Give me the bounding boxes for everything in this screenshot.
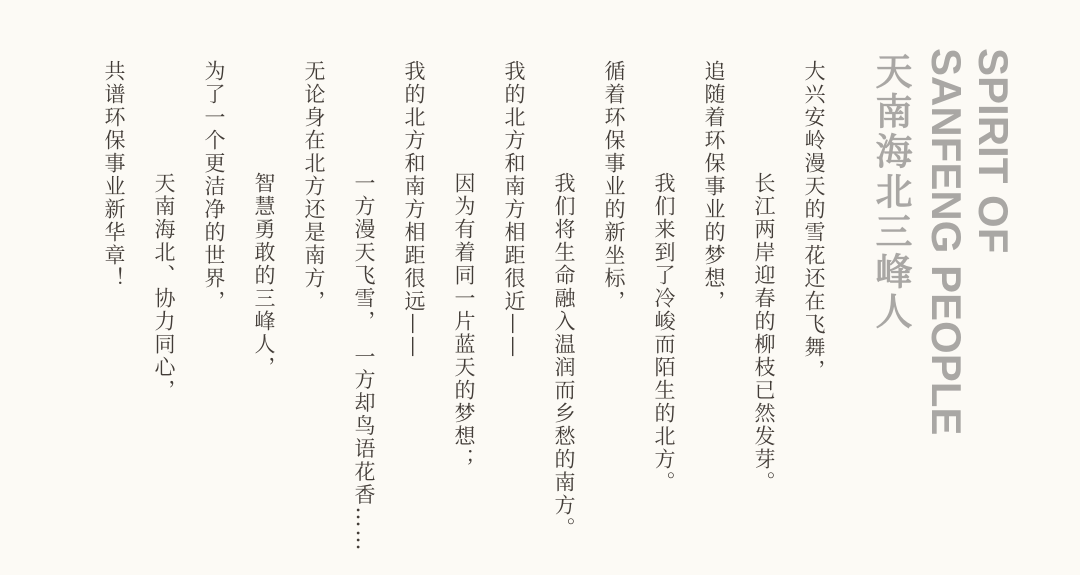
poem-line-7: 我的北方和南方相距很近—— — [502, 60, 526, 568]
poem-line-4: 我们来到了冷峻而陌生的北方。 — [652, 60, 676, 568]
poem-line-3: 追随着环保事业的梦想， — [702, 60, 726, 568]
poem-line-14: 天南海北、协力同心， — [152, 60, 176, 568]
poem-line-13: 为了一个更洁净的世界， — [202, 60, 226, 568]
english-title: SPIRIT OF SANFENG PEOPLE — [923, 48, 1017, 435]
poem-line-6: 我们将生命融入温润而乡愁的南方。 — [552, 60, 576, 568]
poem-line-9: 我的北方和南方相距很远—— — [402, 60, 426, 568]
poem-poster: SPIRIT OF SANFENG PEOPLE 天南海北三峰人 大兴安岭漫天的… — [0, 0, 1080, 575]
poem-line-5: 循着环保事业的新坐标， — [602, 60, 626, 568]
poem-line-12: 智慧勇敢的三峰人， — [252, 60, 276, 568]
poem-line-8: 因为有着同一片蓝天的梦想； — [452, 60, 476, 568]
poem-body: 大兴安岭漫天的雪花还在飞舞， 长江两岸迎春的柳枝已然发芽。 追随着环保事业的梦想… — [76, 60, 826, 568]
poem-line-11: 无论身在北方还是南方， — [302, 60, 326, 568]
poem-line-15: 共谱环保事业新华章！ — [102, 60, 126, 568]
poem-line-2: 长江两岸迎春的柳枝已然发芽。 — [752, 60, 776, 568]
poem-line-10: 一方漫天飞雪， 一方却鸟语花香…… — [352, 60, 376, 568]
poem-line-1: 大兴安岭漫天的雪花还在飞舞， — [802, 60, 826, 568]
chinese-title: 天南海北三峰人 — [868, 52, 912, 332]
